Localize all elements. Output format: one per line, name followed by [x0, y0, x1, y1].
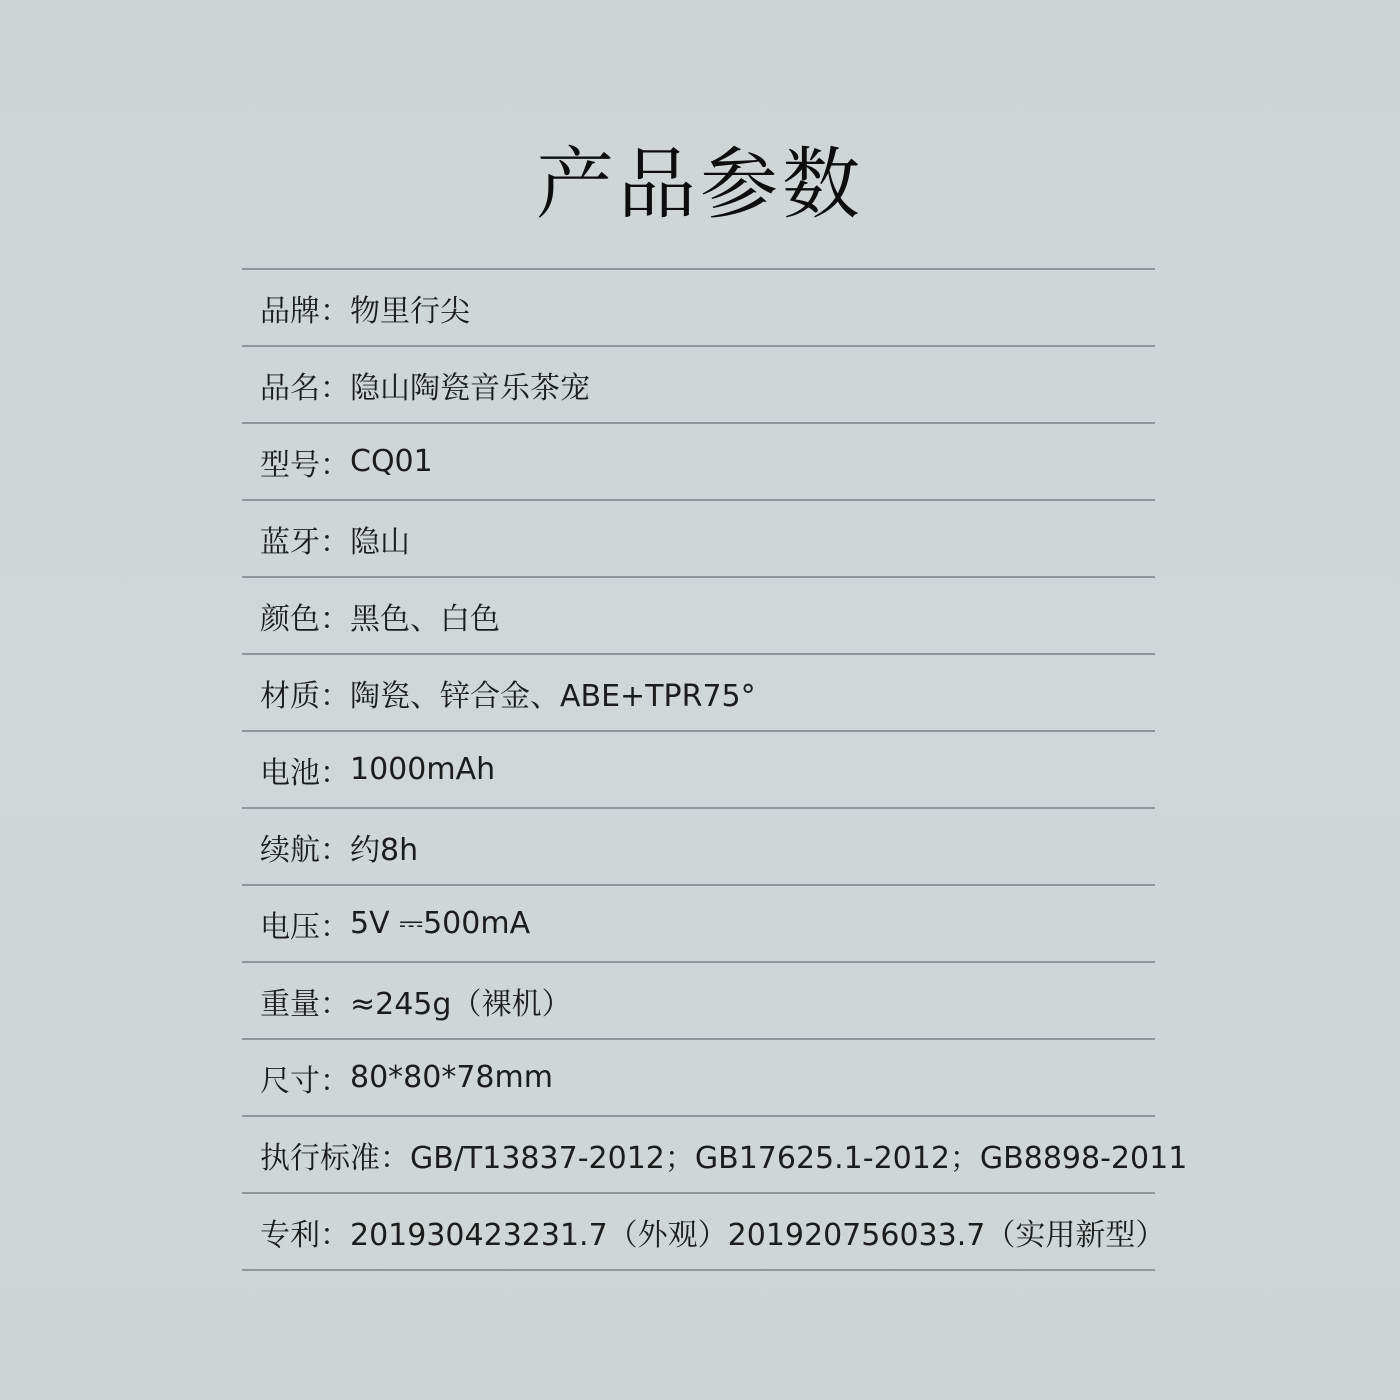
spec-row-battery: 电池：1000mAh: [242, 732, 1155, 809]
spec-row-weight: 重量：≈245g（裸机）: [242, 963, 1155, 1040]
spec-row-endurance: 续航：约8h: [242, 809, 1155, 886]
spec-value: 5V ⎓500mA: [350, 906, 530, 941]
spec-value: 1000mAh: [350, 752, 495, 787]
spec-row-product-name: 品名：隐山陶瓷音乐茶宠: [242, 347, 1155, 424]
spec-label: 续航：: [260, 825, 350, 869]
spec-value: 物里行尖: [350, 286, 470, 330]
spec-value: 201930423231.7（外观）201920756033.7（实用新型）: [350, 1210, 1165, 1254]
spec-label: 电池：: [260, 748, 350, 792]
spec-label: 型号：: [260, 440, 350, 484]
spec-label: 颜色：: [260, 594, 350, 638]
spec-label: 蓝牙：: [260, 517, 350, 561]
spec-row-dimensions: 尺寸：80*80*78mm: [242, 1040, 1155, 1117]
spec-row-voltage: 电压：5V ⎓500mA: [242, 886, 1155, 963]
spec-row-material: 材质：陶瓷、锌合金、ABE+TPR75°: [242, 655, 1155, 732]
spec-value: GB/T13837-2012；GB17625.1-2012；GB8898-201…: [410, 1133, 1187, 1177]
spec-table: 品牌：物里行尖 品名：隐山陶瓷音乐茶宠 型号：CQ01 蓝牙：隐山 颜色：黑色、…: [242, 268, 1155, 1271]
spec-label: 执行标准：: [260, 1133, 410, 1177]
spec-label: 品牌：: [260, 286, 350, 330]
spec-value: 黑色、白色: [350, 594, 500, 638]
spec-label: 重量：: [260, 979, 350, 1023]
spec-value: 隐山陶瓷音乐茶宠: [350, 363, 590, 407]
spec-value: 隐山: [350, 517, 410, 561]
spec-value: 陶瓷、锌合金、ABE+TPR75°: [350, 671, 756, 715]
spec-label: 材质：: [260, 671, 350, 715]
spec-value: 80*80*78mm: [350, 1060, 553, 1095]
spec-label: 品名：: [260, 363, 350, 407]
spec-row-model: 型号：CQ01: [242, 424, 1155, 501]
spec-value: 约8h: [350, 825, 418, 869]
spec-value: CQ01: [350, 444, 433, 479]
spec-label: 专利：: [260, 1210, 350, 1254]
spec-label: 尺寸：: [260, 1056, 350, 1100]
spec-row-brand: 品牌：物里行尖: [242, 270, 1155, 347]
spec-row-standards: 执行标准：GB/T13837-2012；GB17625.1-2012；GB889…: [242, 1117, 1155, 1194]
page-title: 产品参数: [0, 140, 1400, 230]
spec-row-bluetooth: 蓝牙：隐山: [242, 501, 1155, 578]
spec-row-patent: 专利：201930423231.7（外观）201920756033.7（实用新型…: [242, 1194, 1155, 1271]
spec-value: ≈245g（裸机）: [350, 979, 571, 1023]
spec-row-color: 颜色：黑色、白色: [242, 578, 1155, 655]
spec-label: 电压：: [260, 902, 350, 946]
